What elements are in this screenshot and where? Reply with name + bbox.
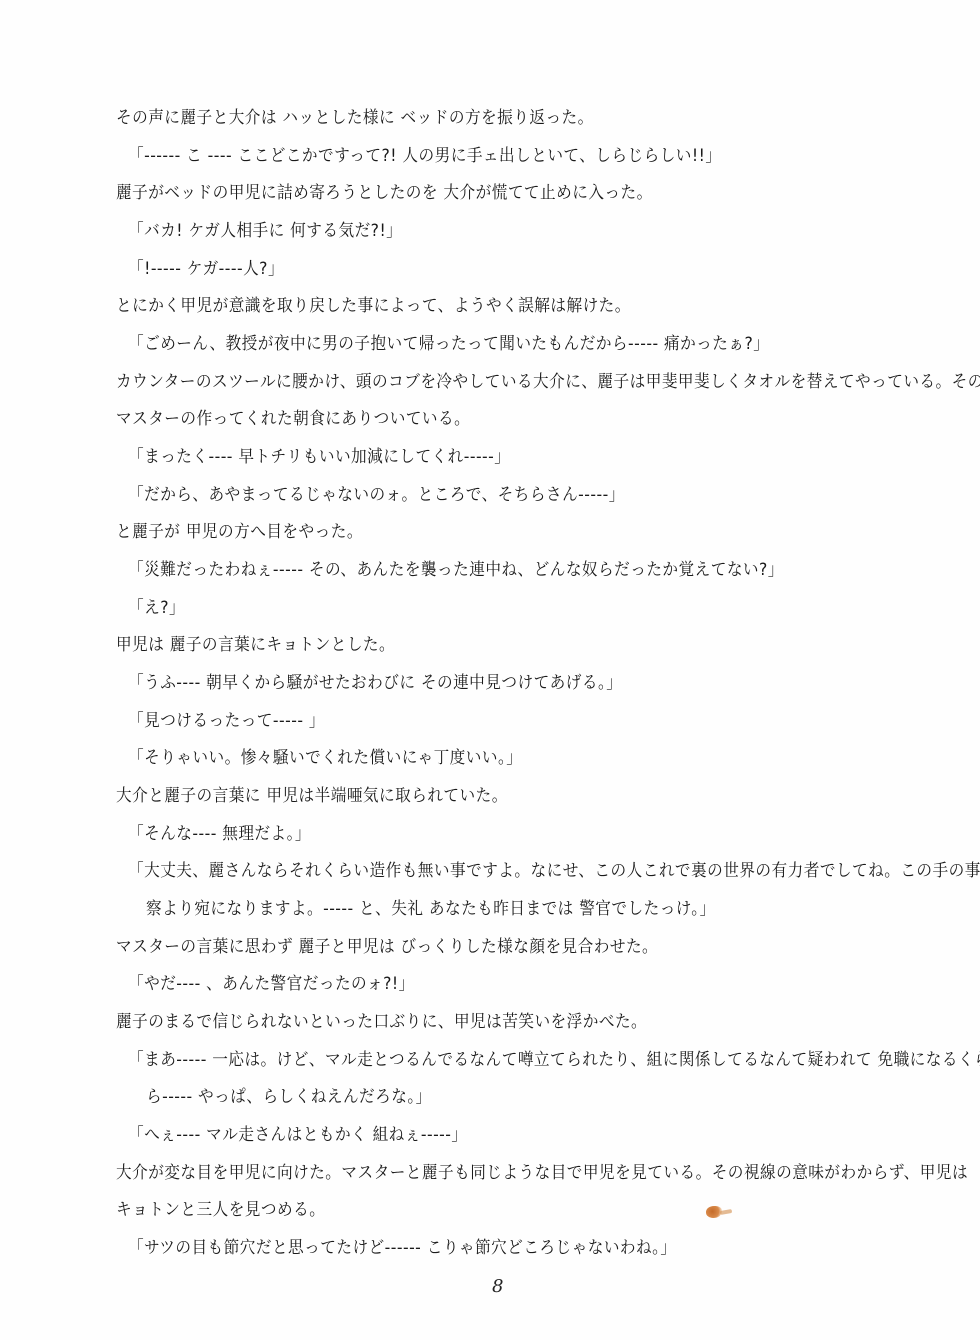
narration-line: 麗子がベッドの甲児に詰め寄ろうとしたのを 大介が慌てて止めに入った。 (116, 182, 653, 204)
ink-stain-tail (720, 1209, 733, 1215)
dialogue-line: 「まったく---- 早トチリもいい加減にしてくれ-----」 (128, 446, 510, 468)
narration-line: 察より宛になりますよ。----- と、失礼 あなたも昨日までは 警官でしたっけ。… (146, 898, 716, 920)
dialogue-line: 「へぇ---- マル走さんはともかく 組ねぇ-----」 (128, 1124, 467, 1146)
dialogue-line: 「------ こ ---- ここどこかですって?! 人の男に手ェ出しといて、し… (128, 145, 721, 167)
narration-line: キョトンと三人を見つめる。 (116, 1199, 325, 1221)
narration-line: マスターの言葉に思わず 麗子と甲児は びっくりした様な顔を見合わせた。 (116, 936, 658, 958)
dialogue-line: 「サツの目も節穴だと思ってたけど------ こりゃ節穴どころじゃないわね。」 (128, 1237, 677, 1259)
narration-line: 大介が変な目を甲児に向けた。マスターと麗子も同じような目で甲児を見ている。その視… (116, 1162, 968, 1184)
dialogue-line: 「え?」 (128, 597, 185, 619)
narration-line: マスターの作ってくれた朝食にありついている。 (116, 408, 470, 430)
dialogue-line: 「見つけるったって----- 」 (128, 710, 325, 732)
narration-line: ら----- やっぱ、らしくねえんだろな。」 (146, 1086, 432, 1108)
narration-line: と麗子が 甲児の方へ目をやった。 (116, 521, 363, 543)
narration-line: その声に麗子と大介は ハッとした様に ベッドの方を振り返った。 (116, 107, 594, 129)
page-number: 8 (492, 1276, 503, 1297)
dialogue-line: 「そんな---- 無理だよ。」 (128, 823, 311, 845)
narration-line: 麗子のまるで信じられないといった口ぶりに、甲児は苦笑いを浮かべた。 (116, 1011, 647, 1033)
dialogue-line: 「ごめーん、教授が夜中に男の子抱いて帰ったって聞いたもんだから----- 痛かっ… (128, 333, 769, 355)
dialogue-line: 「やだ---- 、あんた警官だったのォ?!」 (128, 973, 415, 995)
dialogue-line: 「まあ----- 一応は。けど、マル走とつるんでるなんて噂立てられたり、組に関係… (128, 1049, 980, 1071)
dialogue-line: 「バカ! ケガ人相手に 何する気だ?!」 (128, 220, 402, 242)
dialogue-line: 「!----- ケガ----人?」 (128, 258, 284, 280)
dialogue-line: 「災難だったわねぇ----- その、あんたを襲った連中ね、どんな奴らだったか覚え… (128, 559, 784, 581)
dialogue-line: 「だから、あやまってるじゃないのォ。ところで、そちらさん-----」 (128, 484, 625, 506)
narration-line: カウンターのスツールに腰かけ、頭のコブを冷やしている大介に、麗子は甲斐甲斐しくタ… (116, 371, 980, 393)
dialogue-line: 「大丈夫、麗さんならそれくらい造作も無い事ですよ。なにせ、この人これで裏の世界の… (128, 860, 980, 882)
dialogue-line: 「そりゃいい。惨々騒いでくれた償いにゃ丁度いい。」 (128, 747, 522, 769)
narration-line: 甲児は 麗子の言葉にキョトンとした。 (116, 634, 395, 656)
dialogue-line: 「うふ---- 朝早くから騒がせたおわびに その連中見つけてあげる。」 (128, 672, 622, 694)
narration-line: 大介と麗子の言葉に 甲児は半端唖気に取られていた。 (116, 785, 508, 807)
narration-line: とにかく甲児が意識を取り戻した事によって、ようやく誤解は解けた。 (116, 295, 631, 317)
manuscript-page: その声に麗子と大介は ハッとした様に ベッドの方を振り返った。「------ こ… (0, 0, 980, 1340)
